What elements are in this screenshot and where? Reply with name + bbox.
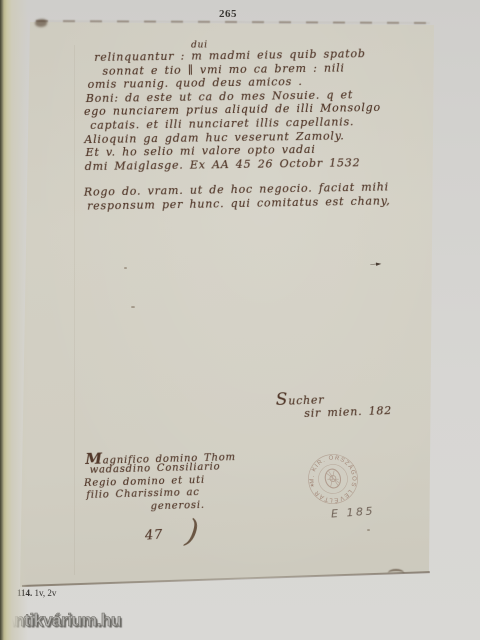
- ink-speck: [367, 529, 370, 531]
- page-number: 265: [0, 8, 456, 20]
- address-block: Magnifico domino Thom wadasdino Consilia…: [85, 449, 237, 515]
- book-page-photo: 265 dui relinquantur : m madmi eius quib…: [0, 0, 480, 640]
- corner-smudge: [35, 19, 47, 27]
- folio-number: 47: [144, 527, 163, 543]
- stamp-crest: [323, 468, 342, 490]
- fold-crease: [74, 45, 75, 575]
- ink-speck: [124, 267, 127, 269]
- sheet-curl-mark: [388, 569, 404, 577]
- signature-block: Sucher sir mien. 182: [276, 390, 393, 421]
- handwriting-paragraph-1: dui relinquantur : m madmi eius quib spa…: [83, 47, 382, 173]
- caption-folios: 1v, 2v: [32, 588, 56, 598]
- superscript-insertion: dui: [191, 40, 208, 50]
- margin-ink-mark: —►: [370, 260, 381, 269]
- book-gutter-shadow: [0, 0, 28, 640]
- address-line: generosi.: [150, 499, 237, 514]
- ink-speck: [131, 306, 135, 308]
- handwriting-paragraph-2: Rogo do. vram. ut de hoc negocio. faciat…: [84, 180, 391, 214]
